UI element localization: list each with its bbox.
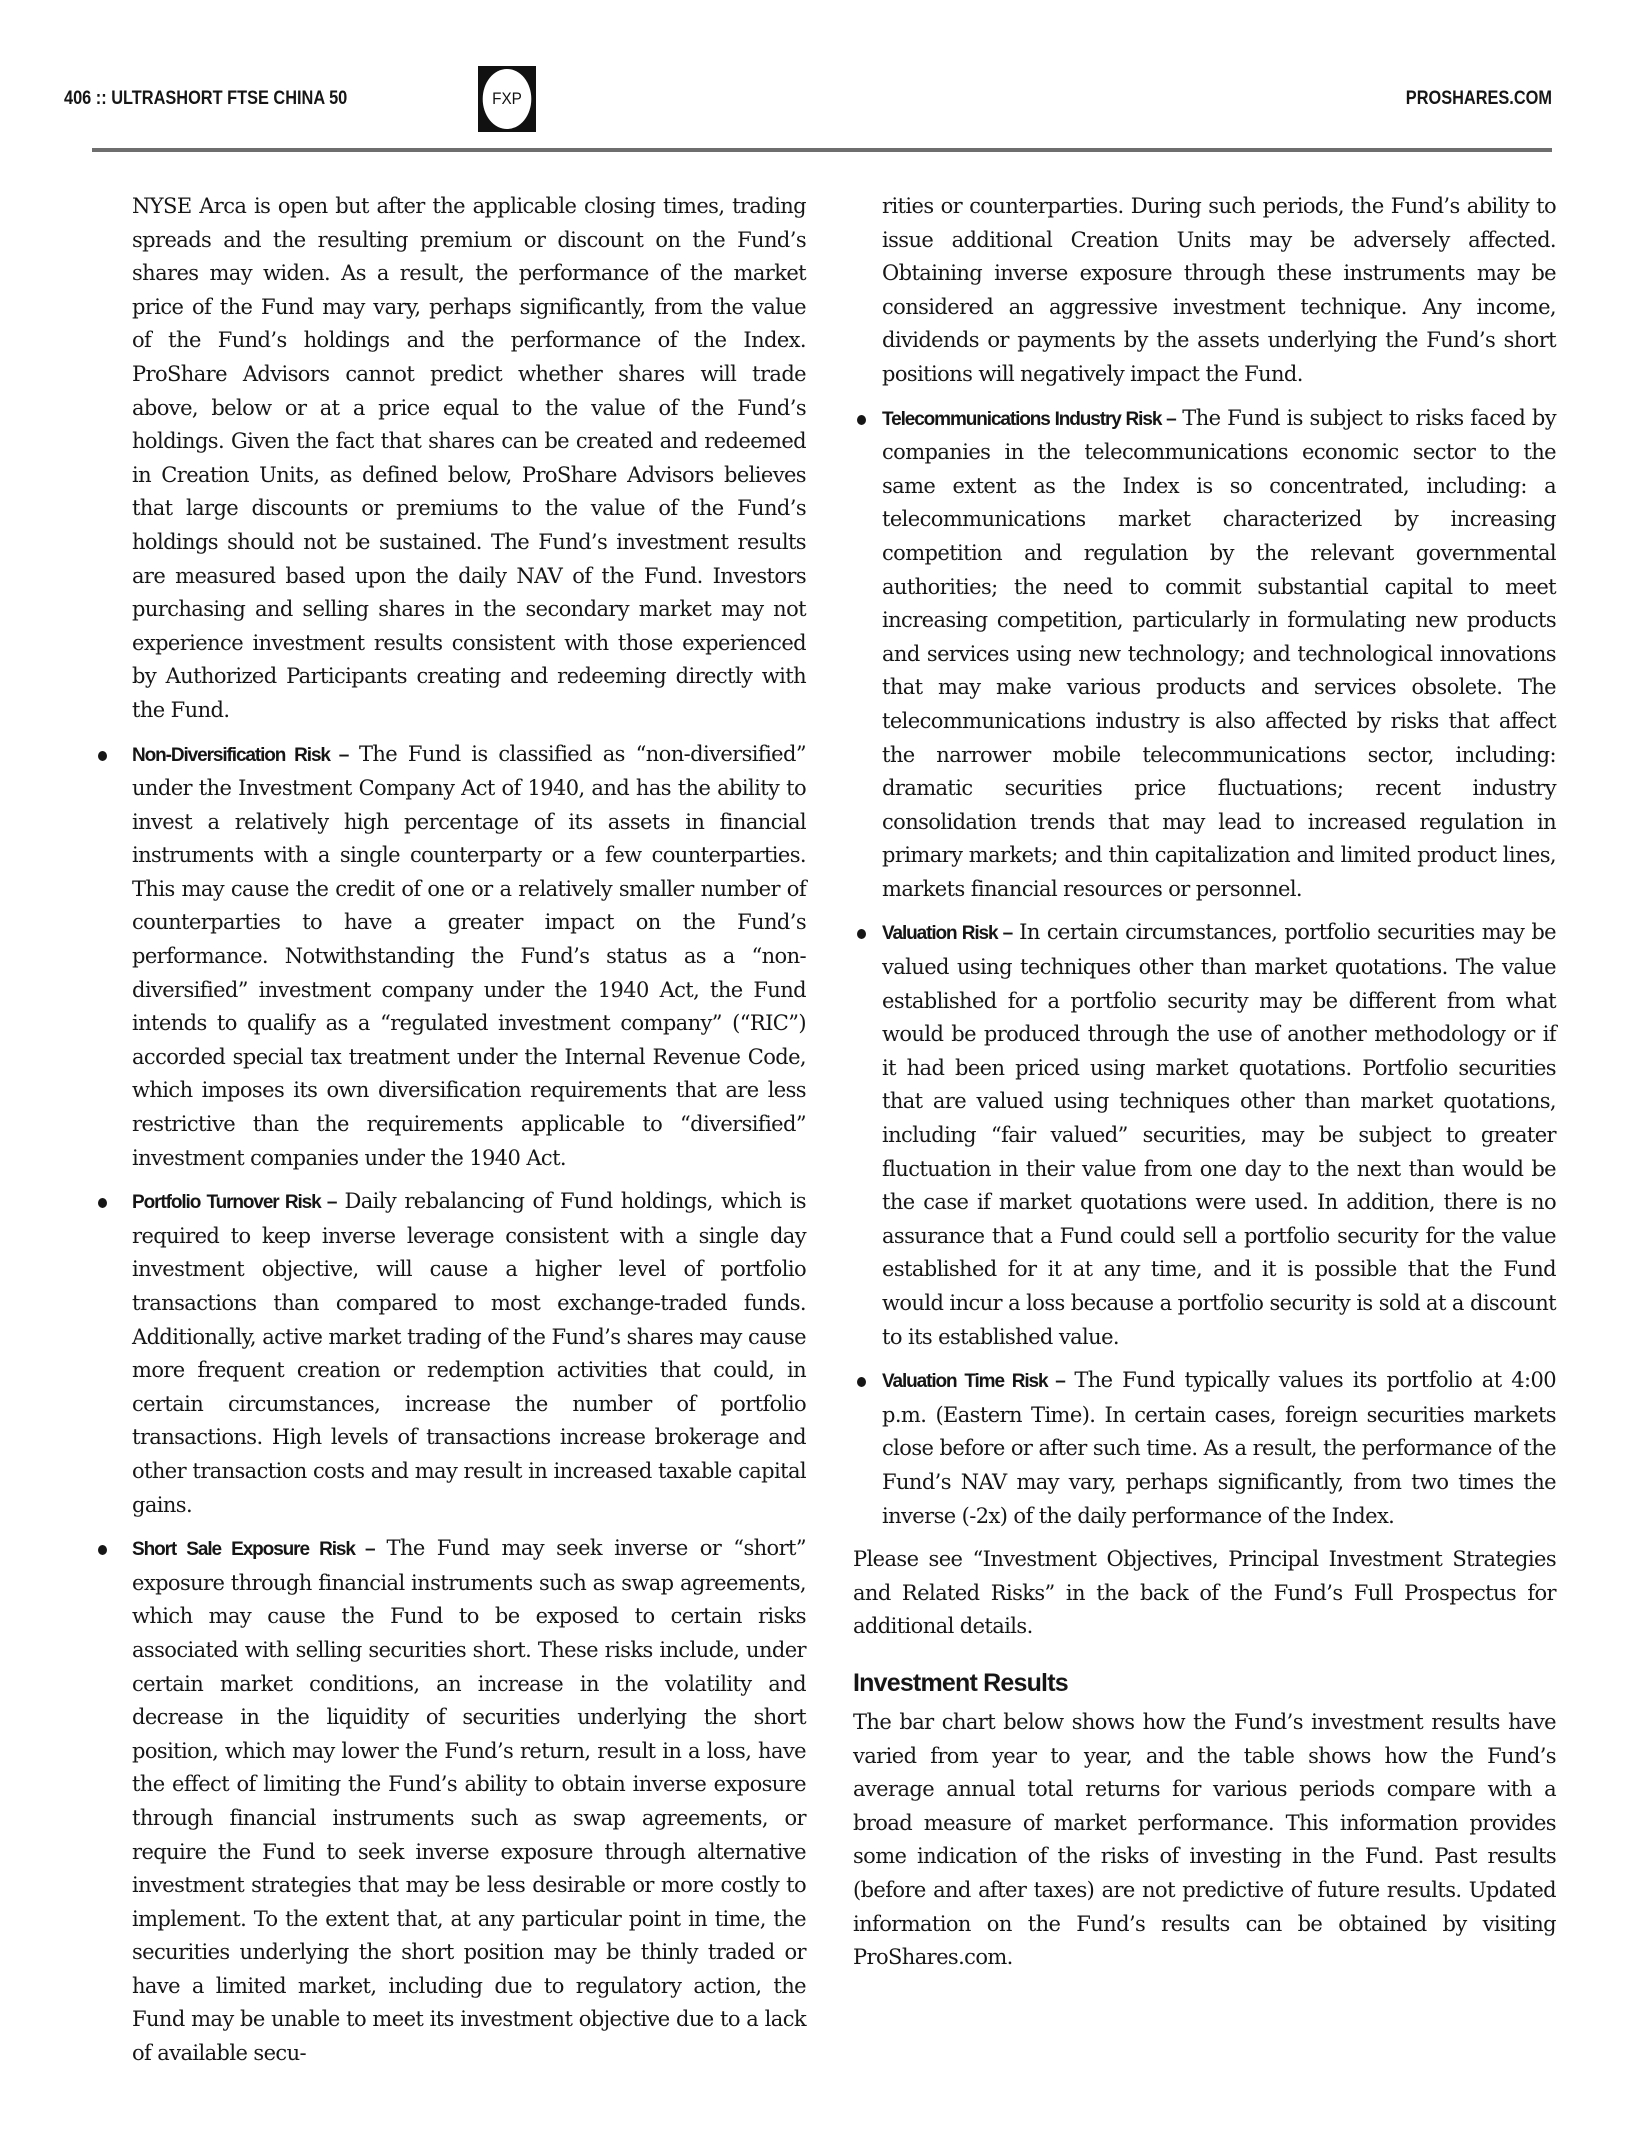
see-also-paragraph: Please see “Investment Objectives, Princ… bbox=[853, 1543, 1556, 1644]
risk-term: Valuation Time Risk – bbox=[882, 1371, 1065, 1392]
risk-item-portfolio-turnover: Portfolio Turnover Risk – Daily rebalanc… bbox=[90, 1185, 806, 1522]
risk-term: Valuation Risk – bbox=[882, 923, 1012, 944]
bullet-icon bbox=[98, 751, 107, 761]
risk-term: Portfolio Turnover Risk – bbox=[132, 1192, 336, 1213]
ticker-badge-label: FXP bbox=[483, 69, 532, 129]
bullet-icon bbox=[98, 1198, 107, 1208]
investment-results-paragraph: The bar chart below shows how the Fund’s… bbox=[853, 1706, 1556, 1975]
risk-item-telecommunications: Telecommunications Industry Risk – The F… bbox=[853, 402, 1556, 907]
risk-term: Telecommunications Industry Risk – bbox=[882, 409, 1176, 430]
risk-text: The Fund may seek inverse or “short” exp… bbox=[132, 1536, 806, 2065]
intro-paragraph: NYSE Arca is open but after the applicab… bbox=[90, 190, 806, 728]
risk-text: Daily rebalancing of Fund holdings, whic… bbox=[132, 1189, 806, 1516]
page-number-title: 406 :: ULTRASHORT FTSE CHINA 50 bbox=[64, 88, 347, 110]
risk-item-short-sale-exposure: Short Sale Exposure Risk – The Fund may … bbox=[90, 1532, 806, 2071]
risk-text: The Fund is subject to risks faced by co… bbox=[882, 406, 1556, 901]
left-column: NYSE Arca is open but after the applicab… bbox=[90, 190, 806, 2081]
header-divider bbox=[92, 148, 1552, 152]
risk-term: Non-Diversification Risk – bbox=[132, 745, 348, 766]
risk-item-valuation-time: Valuation Time Risk – The Fund typically… bbox=[853, 1364, 1556, 1533]
risk-item-valuation: Valuation Risk – In certain circumstance… bbox=[853, 916, 1556, 1354]
risk-term: Short Sale Exposure Risk – bbox=[132, 1539, 374, 1560]
site-name: PROSHARES.COM bbox=[1406, 88, 1552, 110]
page-header: 406 :: ULTRASHORT FTSE CHINA 50 FXP PROS… bbox=[52, 50, 1552, 150]
bullet-icon bbox=[98, 1545, 107, 1555]
right-column: rities or counterparties. During such pe… bbox=[853, 190, 1556, 1985]
continuation-paragraph: rities or counterparties. During such pe… bbox=[853, 190, 1556, 392]
risk-item-non-diversification: Non-Diversification Risk – The Fund is c… bbox=[90, 738, 806, 1176]
bullet-icon bbox=[857, 929, 866, 939]
risk-text: In certain circumstances, portfolio secu… bbox=[882, 920, 1556, 1348]
section-heading-investment-results: Investment Results bbox=[853, 1666, 1556, 1700]
bullet-icon bbox=[857, 1377, 866, 1387]
ticker-badge: FXP bbox=[478, 66, 536, 132]
risk-text: The Fund is classified as “non-diversifi… bbox=[132, 742, 806, 1170]
bullet-icon bbox=[857, 415, 866, 425]
